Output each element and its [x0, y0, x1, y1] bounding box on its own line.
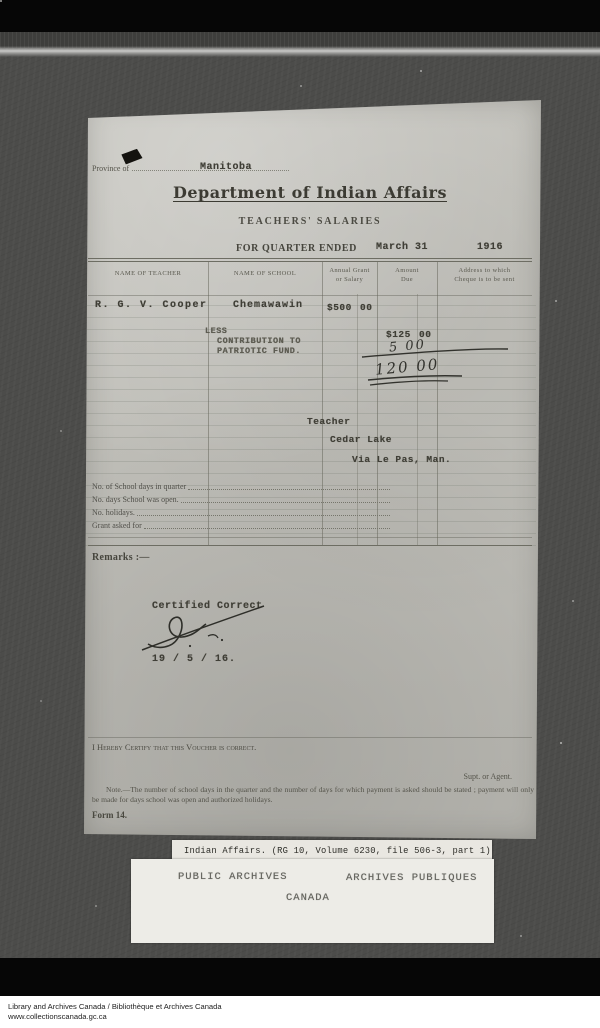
school-name: Chemawawin: [233, 300, 303, 311]
province-line: Province of: [92, 164, 292, 173]
signature: [138, 604, 268, 654]
film-dust-specks: [0, 0, 2, 2]
archive-reference-text: Indian Affairs. (RG 10, Volume 6230, fil…: [172, 846, 491, 856]
table-bottom-inner-line: [88, 537, 532, 538]
document-subtitle: TEACHERS' SALARIES: [88, 216, 532, 227]
document-title: Department of Indian Affairs: [88, 183, 532, 202]
stat-label: Grant asked for: [92, 521, 142, 530]
header-rule-bottom: [88, 261, 532, 262]
certified-date: 19 / 5 / 16.: [152, 654, 236, 665]
col-header-address: Address to which Cheque is to be sent: [437, 266, 532, 284]
stat-label: No. of School days in quarter: [92, 482, 186, 491]
address-line-3: Via Le Pas, Man.: [352, 454, 451, 465]
stat-grant-asked: Grant asked for: [92, 521, 392, 530]
film-edge-highlight: [0, 46, 600, 57]
handwritten-underlines: [348, 336, 518, 391]
address-line-2: Cedar Lake: [330, 434, 392, 445]
public-archives-card: PUBLIC ARCHIVES ARCHIVES PUBLIQUES CANAD…: [131, 859, 494, 943]
torn-corner-mark: [121, 148, 143, 165]
salary-cents: 00: [360, 302, 372, 313]
dotted-leader: [144, 528, 390, 529]
col-header-grant-line1: Annual Grant: [329, 267, 369, 274]
stat-label: No. holidays.: [92, 508, 135, 517]
col-header-due-line1: Amount: [395, 267, 419, 274]
certify-statement: I Hereby Certify that this Voucher is co…: [92, 742, 256, 752]
col-header-grant: Annual Grant or Salary: [322, 266, 377, 284]
table-column-line: [437, 262, 438, 545]
stat-label: No. days School was open.: [92, 495, 179, 504]
form-number: Form 14.: [92, 810, 127, 820]
quarter-ended-year: 1916: [477, 242, 503, 253]
archive-reference-strip: Indian Affairs. (RG 10, Volume 6230, fil…: [172, 840, 492, 861]
dotted-leader: [188, 489, 390, 490]
salary-dollars: $500: [327, 302, 352, 313]
archives-publiques-stamp: ARCHIVES PUBLIQUES: [346, 872, 477, 884]
teacher-name: R. G. V. Cooper: [95, 300, 208, 311]
col-header-grant-line2: or Salary: [336, 276, 363, 283]
note-paragraph: Note.—The number of school days in the q…: [92, 785, 534, 804]
document-content: Province of Manitoba Department of India…: [88, 98, 532, 840]
table-bottom-line: [88, 545, 532, 546]
header-rule-top: [88, 258, 532, 259]
lac-footer: Library and Archives Canada / Bibliothèq…: [0, 996, 600, 1028]
lac-footer-line1: Library and Archives Canada / Bibliothèq…: [8, 1002, 222, 1011]
patriotic-fund-label: PATRIOTIC FUND.: [217, 346, 301, 356]
film-bottom-black-band: [0, 958, 600, 996]
contribution-label: CONTRIBUTION TO: [217, 336, 301, 346]
dotted-leader: [181, 502, 390, 503]
certify-section-rule: [88, 737, 532, 738]
document-paper: Province of Manitoba Department of India…: [84, 98, 542, 840]
film-top-black-band: [0, 0, 600, 32]
supt-or-agent-label: Supt. or Agent.: [464, 772, 512, 781]
col-header-school: NAME OF SCHOOL: [208, 269, 322, 278]
stat-holidays: No. holidays.: [92, 508, 392, 517]
province-value: Manitoba: [200, 162, 252, 173]
quarter-ended-value: March 31: [376, 242, 428, 253]
dotted-leader: [137, 515, 390, 516]
canada-stamp: CANADA: [286, 892, 330, 904]
province-label: Province of: [92, 164, 129, 173]
lac-footer-url: www.collectionscanada.gc.ca: [8, 1012, 107, 1021]
table-header-underline: [88, 295, 532, 296]
col-header-address-line1: Address to which: [459, 267, 511, 274]
quarter-ended-label: FOR QUARTER ENDED: [236, 243, 357, 254]
col-header-teacher: NAME OF TEACHER: [88, 269, 208, 278]
public-archives-stamp: PUBLIC ARCHIVES: [178, 871, 288, 883]
less-label: LESS: [205, 326, 227, 336]
col-header-address-line2: Cheque is to be sent: [454, 276, 514, 283]
col-header-due-line2: Due: [401, 276, 413, 283]
table-cents-divider: [417, 294, 418, 545]
remarks-label: Remarks :—: [92, 552, 150, 563]
stat-days-open: No. days School was open.: [92, 495, 392, 504]
address-line-1: Teacher: [307, 416, 350, 427]
stat-school-days: No. of School days in quarter: [92, 482, 392, 491]
col-header-due: Amount Due: [377, 266, 437, 284]
